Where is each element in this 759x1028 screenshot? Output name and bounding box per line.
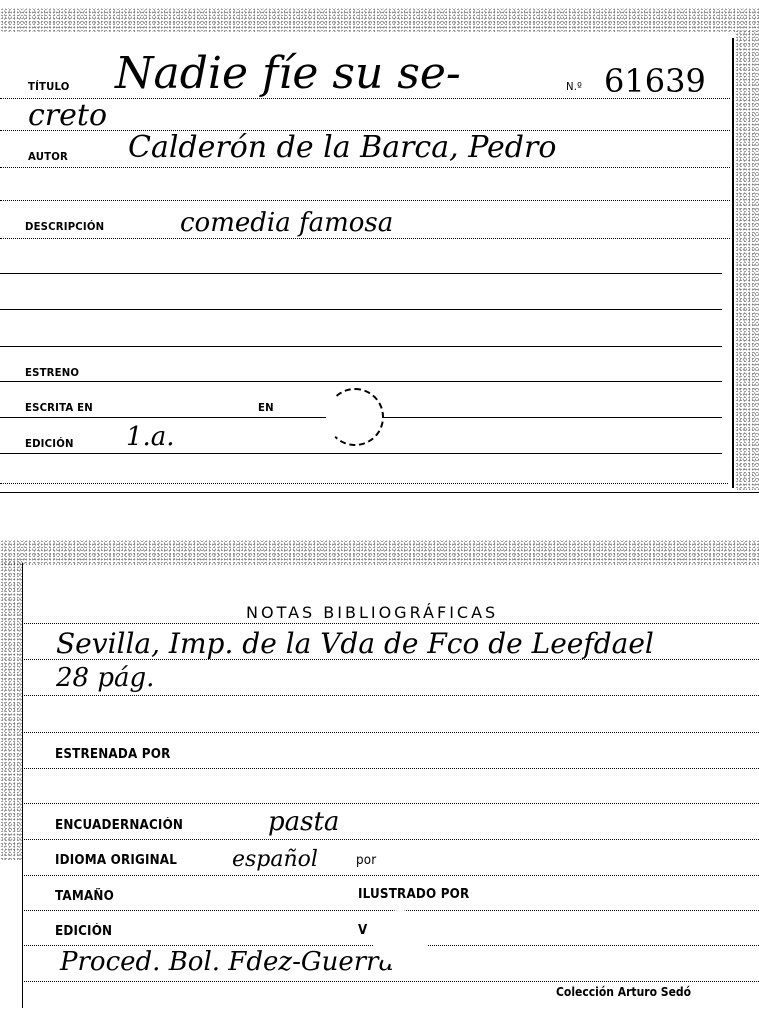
notes-line-2: 28 pág. — [56, 663, 154, 693]
catalog-card-back: NOTAS BIBLIOGRÁFICAS Sevilla, Imp. de la… — [0, 535, 759, 1028]
scan-edge-left — [0, 560, 22, 860]
rule-estreno — [0, 381, 722, 382]
label-autor: AUTOR — [28, 150, 68, 163]
label-edicion: EDICIÓN — [25, 437, 74, 450]
rule-blank-2 — [0, 273, 722, 274]
label-estrenada-por: ESTRENADA POR — [55, 747, 170, 762]
rule-notes-3 — [24, 695, 759, 696]
catalog-card-front: TÍTULO Nadie fíe su se- N.º 61639 creto … — [0, 0, 759, 495]
provenance-note: Proced. Bol. Fdez-Guerra — [60, 947, 394, 977]
scan-edge-top — [0, 540, 759, 565]
rule-descripcion — [0, 238, 730, 239]
label-por: por — [356, 853, 376, 868]
label-idioma-original: IDIOMA ORIGINAL — [55, 853, 177, 868]
rule-blank-3 — [0, 309, 722, 310]
scan-edge-right — [735, 30, 759, 490]
rule-edicion — [0, 453, 722, 454]
rule-blank-1 — [0, 200, 730, 201]
value-encuadernacion: pasta — [268, 807, 339, 837]
punch-hole-outline — [326, 388, 384, 446]
notes-line-1: Sevilla, Imp. de la Vda de Fco de Leefda… — [56, 627, 654, 660]
label-ilustrado-por: ILUSTRADO POR — [358, 887, 469, 902]
label-number: N.º — [566, 80, 582, 93]
rule-provenance — [24, 981, 759, 982]
rule-estrenada — [24, 768, 759, 769]
value-idioma-original: español — [232, 847, 318, 872]
label-edicion: EDICIÓN — [55, 924, 112, 939]
rule-blank-4 — [0, 346, 722, 347]
scan-edge-top — [0, 8, 759, 32]
value-titulo-line2: creto — [28, 98, 107, 133]
rule-blank — [24, 803, 759, 804]
rule-idioma — [24, 875, 759, 876]
label-en: EN — [258, 401, 274, 414]
rule-notes-1 — [24, 623, 759, 624]
label-tamano: TAMAÑO — [55, 889, 114, 904]
rule-bottom — [0, 483, 728, 484]
card-border-right — [732, 38, 734, 488]
notes-heading: NOTAS BIBLIOGRÁFICAS — [246, 603, 498, 622]
value-number: 61639 — [604, 62, 706, 100]
rule-notes-2 — [24, 659, 759, 660]
collection-credit: Colección Arturo Sedó — [556, 985, 691, 999]
label-titulo: TÍTULO — [28, 80, 70, 93]
card-border-left — [22, 563, 23, 1008]
value-autor: Calderón de la Barca, Pedro — [128, 130, 556, 165]
label-escrita-en: ESCRITA EN — [25, 401, 93, 414]
value-edicion: 1.a. — [126, 422, 175, 452]
label-encuadernacion: ENCUADERNACIÓN — [55, 818, 183, 833]
rule-encuadernacion — [24, 839, 759, 840]
punch-hole — [372, 910, 428, 966]
card-bottom-edge — [0, 492, 759, 493]
label-v: V — [358, 923, 367, 938]
label-descripcion: DESCRIPCIÓN — [25, 220, 104, 233]
value-titulo: Nadie fíe su se- — [115, 48, 461, 99]
value-descripcion: comedia famosa — [180, 208, 393, 238]
rule-notes-4 — [24, 732, 759, 733]
rule-autor — [0, 167, 730, 168]
label-estreno: ESTRENO — [25, 366, 79, 379]
